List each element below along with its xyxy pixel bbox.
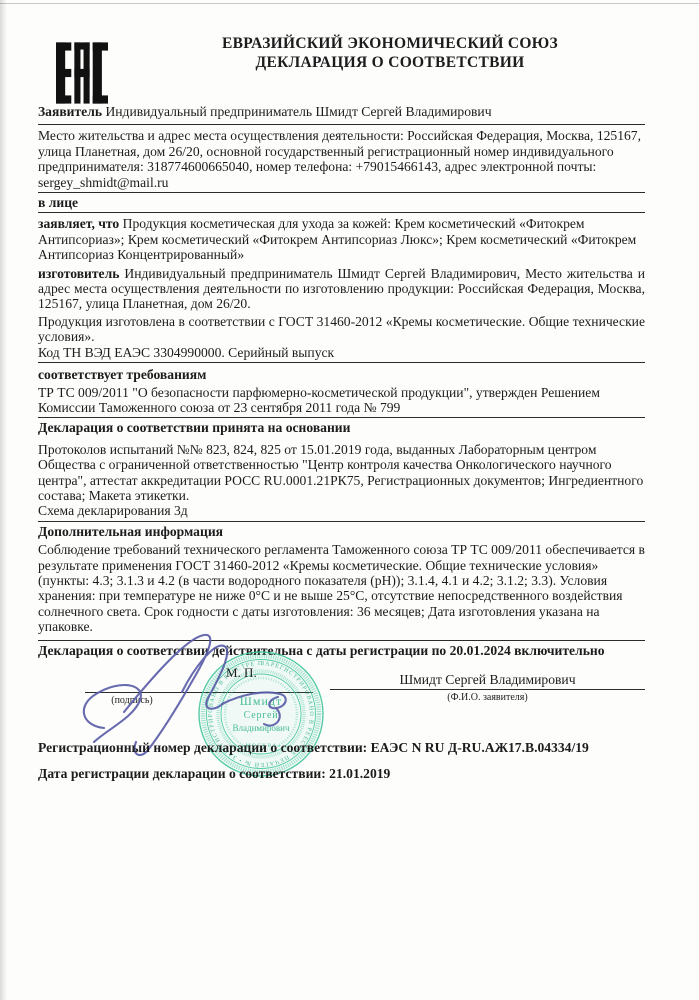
signatory-name: Шмидт Сергей Владимирович [330,672,645,688]
additional-info-header: Дополнительная информация [38,524,645,539]
manufacturer-paragraph: изготовительИндивидуальный предпринимате… [38,266,645,312]
tnved-line: Код ТН ВЭД ЕАЭС 3304990000. Серийный вып… [38,345,645,362]
divider [38,212,645,213]
document-page: ЕВРАЗИЙСКИЙ ЭКОНОМИЧЕСКИЙ СОЮЗ ДЕКЛАРАЦИ… [0,0,699,1000]
eac-mark-icon [56,42,108,104]
title-line-union: ЕВРАЗИЙСКИЙ ЭКОНОМИЧЕСКИЙ СОЮЗ [150,34,630,53]
address-paragraph: Место жительства и адрес места осуществл… [38,128,645,192]
seal-place-label: М. П. [226,665,257,681]
complies-header: соответствует требованиям [38,367,645,382]
in-person-label: в лице [38,195,78,210]
divider [38,417,645,418]
registration-number-line: Регистрационный номер декларации о соотв… [38,740,678,756]
scan-artifact-left-edge [0,0,7,1000]
name-line [330,689,645,690]
registration-number-value: ЕАЭС N RU Д-RU.АЖ17.В.04334/19 [371,740,589,755]
divider [38,124,645,125]
registration-date-label: Дата регистрации декларации о соответств… [38,766,329,781]
document-body: ЗаявительИндивидуальный предприниматель … [38,104,645,658]
manufacturer-label: изготовитель [38,266,124,281]
registration-number-label: Регистрационный номер декларации о соотв… [38,740,371,755]
additional-info-paragraph: Соблюдение требований технического регла… [38,542,645,639]
declares-text: Продукция косметическая для ухода за кож… [38,216,636,262]
divider [38,192,645,193]
document-title: ЕВРАЗИЙСКИЙ ЭКОНОМИЧЕСКИЙ СОЮЗ ДЕКЛАРАЦИ… [150,34,630,72]
scan-artifact-top [0,3,699,4]
in-person-line: в лице [38,195,645,212]
applicant-label: Заявитель [38,104,105,119]
divider [38,362,645,363]
registration-date-value: 21.01.2019 [329,766,390,781]
scheme-line: Схема декларирования 3д [38,503,645,520]
name-caption: (Ф.И.О. заявителя) [330,692,645,703]
applicant-text: Индивидуальный предприниматель Шмидт Сер… [105,104,491,119]
declares-paragraph: заявляет, чтоПродукция косметическая для… [38,216,645,262]
divider [38,521,645,522]
basis-paragraph: Протоколов испытаний №№ 823, 824, 825 от… [38,442,645,504]
basis-header: Декларация о соответствии принята на осн… [38,420,645,435]
manufacturer-text: Индивидуальный предприниматель Шмидт Сер… [38,266,645,312]
title-line-declaration: ДЕКЛАРАЦИЯ О СООТВЕТСТВИИ [150,53,630,72]
gost-paragraph: Продукция изготовлена в соответствии с Г… [38,314,645,345]
applicant-line: ЗаявительИндивидуальный предприниматель … [38,104,645,124]
declares-label: заявляет, что [38,216,123,231]
complies-paragraph: ТР ТС 009/2011 "О безопасности парфюмерн… [38,385,645,418]
registration-date-line: Дата регистрации декларации о соответств… [38,766,678,782]
